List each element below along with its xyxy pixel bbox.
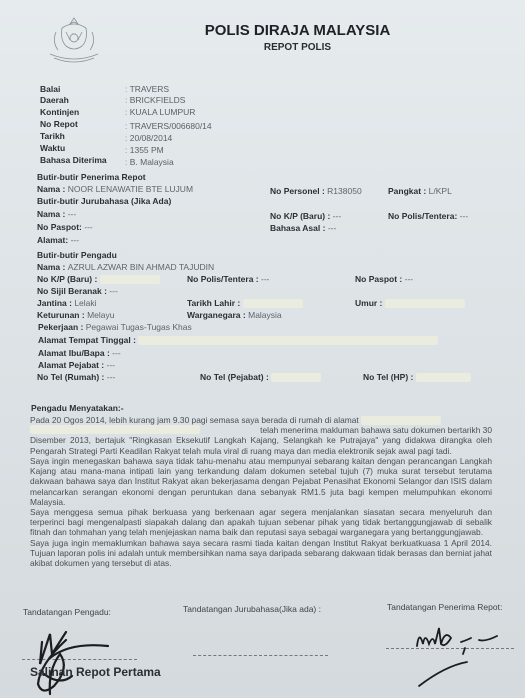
complainant-birthcert: No Sijil Beranak : --- <box>37 286 118 296</box>
complainant-signature <box>20 624 110 698</box>
complainant-office-label: Alamat Pejabat : <box>38 360 104 370</box>
label-kontinjen: Kontinjen <box>40 107 79 117</box>
value-bahasa: B. Malaysia <box>125 157 174 167</box>
redacted-field <box>30 425 200 434</box>
interpreter-heading: Butir-butir Jurubahasa (Jika Ada) <box>37 196 171 206</box>
complainant-home-address: Alamat Tempat Tinggal : <box>38 335 438 345</box>
complainant-gender-label: Jantina : <box>37 298 72 308</box>
complainant-job: Pekerjaan : Pegawai Tugas-Tugas Khas <box>38 322 192 332</box>
redacted-field <box>100 275 160 284</box>
complainant-name: Nama : AZRUL AZWAR BIN AHMAD TAJUDIN <box>37 262 214 272</box>
interpreter-language-value: --- <box>328 223 337 233</box>
complainant-office-value: --- <box>107 360 116 370</box>
complainant-polis-value: --- <box>261 274 270 284</box>
statement-body: Pada 20 Ogos 2014, lebih kurang jam 9.30… <box>30 415 492 568</box>
document-title: POLIS DIRAJA MALAYSIA <box>0 22 525 39</box>
interpreter-language-label: Bahasa Asal : <box>270 223 325 233</box>
receiver-name: Nama : NOOR LENAWATIE BTE LUJUM <box>37 184 193 194</box>
redacted-field <box>385 299 465 308</box>
complainant-tel-hp-label: No Tel (HP) : <box>363 372 413 382</box>
complainant-kp-label: No K/P (Baru) : <box>37 274 97 284</box>
receiver-personnel-label: No Personel : <box>270 186 325 196</box>
receiver-personnel: No Personel : R138050 <box>270 186 362 196</box>
statement-paragraph-1: Disember 2013, bertajuk "Ringkasan Eksek… <box>30 435 492 455</box>
interpreter-polis-value: --- <box>460 211 469 221</box>
redacted-field <box>361 416 441 425</box>
complainant-race: Keturunan : Melayu <box>37 310 114 320</box>
receiver-name-label: Nama : <box>37 184 65 194</box>
label-balai: Balai <box>40 84 60 94</box>
complainant-tel-home-value: --- <box>107 372 116 382</box>
statement-paragraph-3: Saya menggesa semua pihak berkuasa yang … <box>30 507 492 538</box>
interpreter-address-value: --- <box>71 235 80 245</box>
police-report-page: POLIS DIRAJA MALAYSIA REPOT POLIS Balai … <box>0 0 525 698</box>
value-kontinjen: KUALA LUMPUR <box>125 107 195 117</box>
value-no-repot: TRAVERS/006680/14 <box>125 121 212 131</box>
statement-line-1: Pada 20 Ogos 2014, lebih kurang jam 9.30… <box>30 415 492 425</box>
interpreter-passport-value: --- <box>84 222 93 232</box>
label-bahasa: Bahasa Diterima <box>40 155 107 165</box>
complainant-race-value: Melayu <box>87 310 114 320</box>
redacted-field <box>138 336 438 345</box>
redacted-field <box>243 299 303 308</box>
interpreter-address: Alamat: --- <box>37 235 79 245</box>
complainant-gender: Jantina : Lelaki <box>37 298 97 308</box>
complainant-tel-home: No Tel (Rumah) : --- <box>37 372 115 382</box>
interpreter-kp-label: No K/P (Baru) : <box>270 211 330 221</box>
interpreter-polis: No Polis/Tentera: --- <box>388 211 468 221</box>
complainant-passport-label: No Paspot : <box>355 274 402 284</box>
complainant-tel-office: No Tel (Pejabat) : <box>200 372 321 382</box>
complainant-parents-value: --- <box>112 348 121 358</box>
complainant-parents-address: Alamat Ibu/Bapa : --- <box>38 348 121 358</box>
complainant-nationality: Warganegara : Malaysia <box>187 310 282 320</box>
statement-line-2: telah menerima makluman bahawa satu doku… <box>30 425 492 435</box>
complainant-age-label: Umur : <box>355 298 382 308</box>
complainant-name-label: Nama : <box>37 262 65 272</box>
receiver-rank-value: L/KPL <box>429 186 452 196</box>
redacted-field <box>271 373 321 382</box>
receiver-rank-label: Pangkat : <box>388 186 426 196</box>
complainant-signature-label: Tandatangan Pengadu: <box>23 607 111 617</box>
statement-paragraph-4: Saya juga ingin memaklumkan bahawa saya … <box>30 538 492 569</box>
complainant-dob-label: Tarikh Lahir : <box>187 298 240 308</box>
complainant-birthcert-value: --- <box>109 286 118 296</box>
value-waktu: 1355 PM <box>125 145 164 155</box>
interpreter-signature-line <box>193 655 328 656</box>
receiver-name-value: NOOR LENAWATIE BTE LUJUM <box>68 184 193 194</box>
complainant-tel-hp: No Tel (HP) : <box>363 372 471 382</box>
complainant-office-address: Alamat Pejabat : --- <box>38 360 115 370</box>
interpreter-kp: No K/P (Baru) : --- <box>270 211 341 221</box>
pdrm-crest-icon <box>42 10 106 68</box>
complainant-parents-label: Alamat Ibu/Bapa : <box>38 348 110 358</box>
complainant-nationality-label: Warganegara : <box>187 310 246 320</box>
complainant-job-label: Pekerjaan : <box>38 322 83 332</box>
interpreter-signature-label: Tandatangan Jurubahasa(Jika ada) : <box>183 604 321 614</box>
receiver-signature <box>405 618 515 688</box>
label-waktu: Waktu <box>40 143 65 153</box>
interpreter-kp-value: --- <box>333 211 342 221</box>
complainant-polis-label: No Polis/Tentera : <box>187 274 259 284</box>
complainant-job-value: Pegawai Tugas-Tugas Khas <box>86 322 192 332</box>
interpreter-passport-label: No Paspot: <box>37 222 82 232</box>
complainant-kp: No K/P (Baru) : <box>37 274 160 284</box>
label-daerah: Daerah <box>40 95 69 105</box>
complainant-tel-home-label: No Tel (Rumah) : <box>37 372 104 382</box>
complainant-dob: Tarikh Lahir : <box>187 298 303 308</box>
complainant-birthcert-label: No Sijil Beranak : <box>37 286 107 296</box>
interpreter-address-label: Alamat: <box>37 235 68 245</box>
complainant-gender-value: Lelaki <box>74 298 96 308</box>
value-daerah: BRICKFIELDS <box>125 95 185 105</box>
footer-copy-label: Salinan Repot Pertama <box>30 665 161 679</box>
complainant-name-value: AZRUL AZWAR BIN AHMAD TAJUDIN <box>68 262 214 272</box>
complainant-passport: No Paspot : --- <box>355 274 413 284</box>
complainant-nationality-value: Malaysia <box>248 310 282 320</box>
receiver-personnel-value: R138050 <box>327 186 362 196</box>
interpreter-passport: No Paspot: --- <box>37 222 93 232</box>
statement-heading: Pengadu Menyatakan:- <box>31 403 124 413</box>
label-tarikh: Tarikh <box>40 131 65 141</box>
document-subtitle: REPOT POLIS <box>0 42 525 53</box>
value-balai: TRAVERS <box>125 84 169 94</box>
interpreter-polis-label: No Polis/Tentera: <box>388 211 457 221</box>
statement-paragraph-2: Saya ingin menegaskan bahawa saya tidak … <box>30 456 492 507</box>
complainant-passport-value: --- <box>405 274 414 284</box>
complainant-tel-office-label: No Tel (Pejabat) : <box>200 372 269 382</box>
interpreter-name-label: Nama : <box>37 209 65 219</box>
receiver-rank: Pangkat : L/KPL <box>388 186 452 196</box>
complainant-polis: No Polis/Tentera : --- <box>187 274 270 284</box>
complainant-home-label: Alamat Tempat Tinggal : <box>38 335 136 345</box>
receiver-signature-label: Tandatangan Penerima Repot: <box>387 602 502 612</box>
complainant-age: Umur : <box>355 298 465 308</box>
complainant-race-label: Keturunan : <box>37 310 85 320</box>
interpreter-name-value: --- <box>68 209 77 219</box>
interpreter-language: Bahasa Asal : --- <box>270 223 336 233</box>
label-no-repot: No Repot <box>40 119 78 129</box>
complainant-heading: Butir-butir Pengadu <box>37 250 117 260</box>
interpreter-name: Nama : --- <box>37 209 76 219</box>
value-tarikh: 20/08/2014 <box>125 133 172 143</box>
redacted-field <box>416 373 471 382</box>
receiver-heading: Butir-butir Penerima Repot <box>37 172 146 182</box>
